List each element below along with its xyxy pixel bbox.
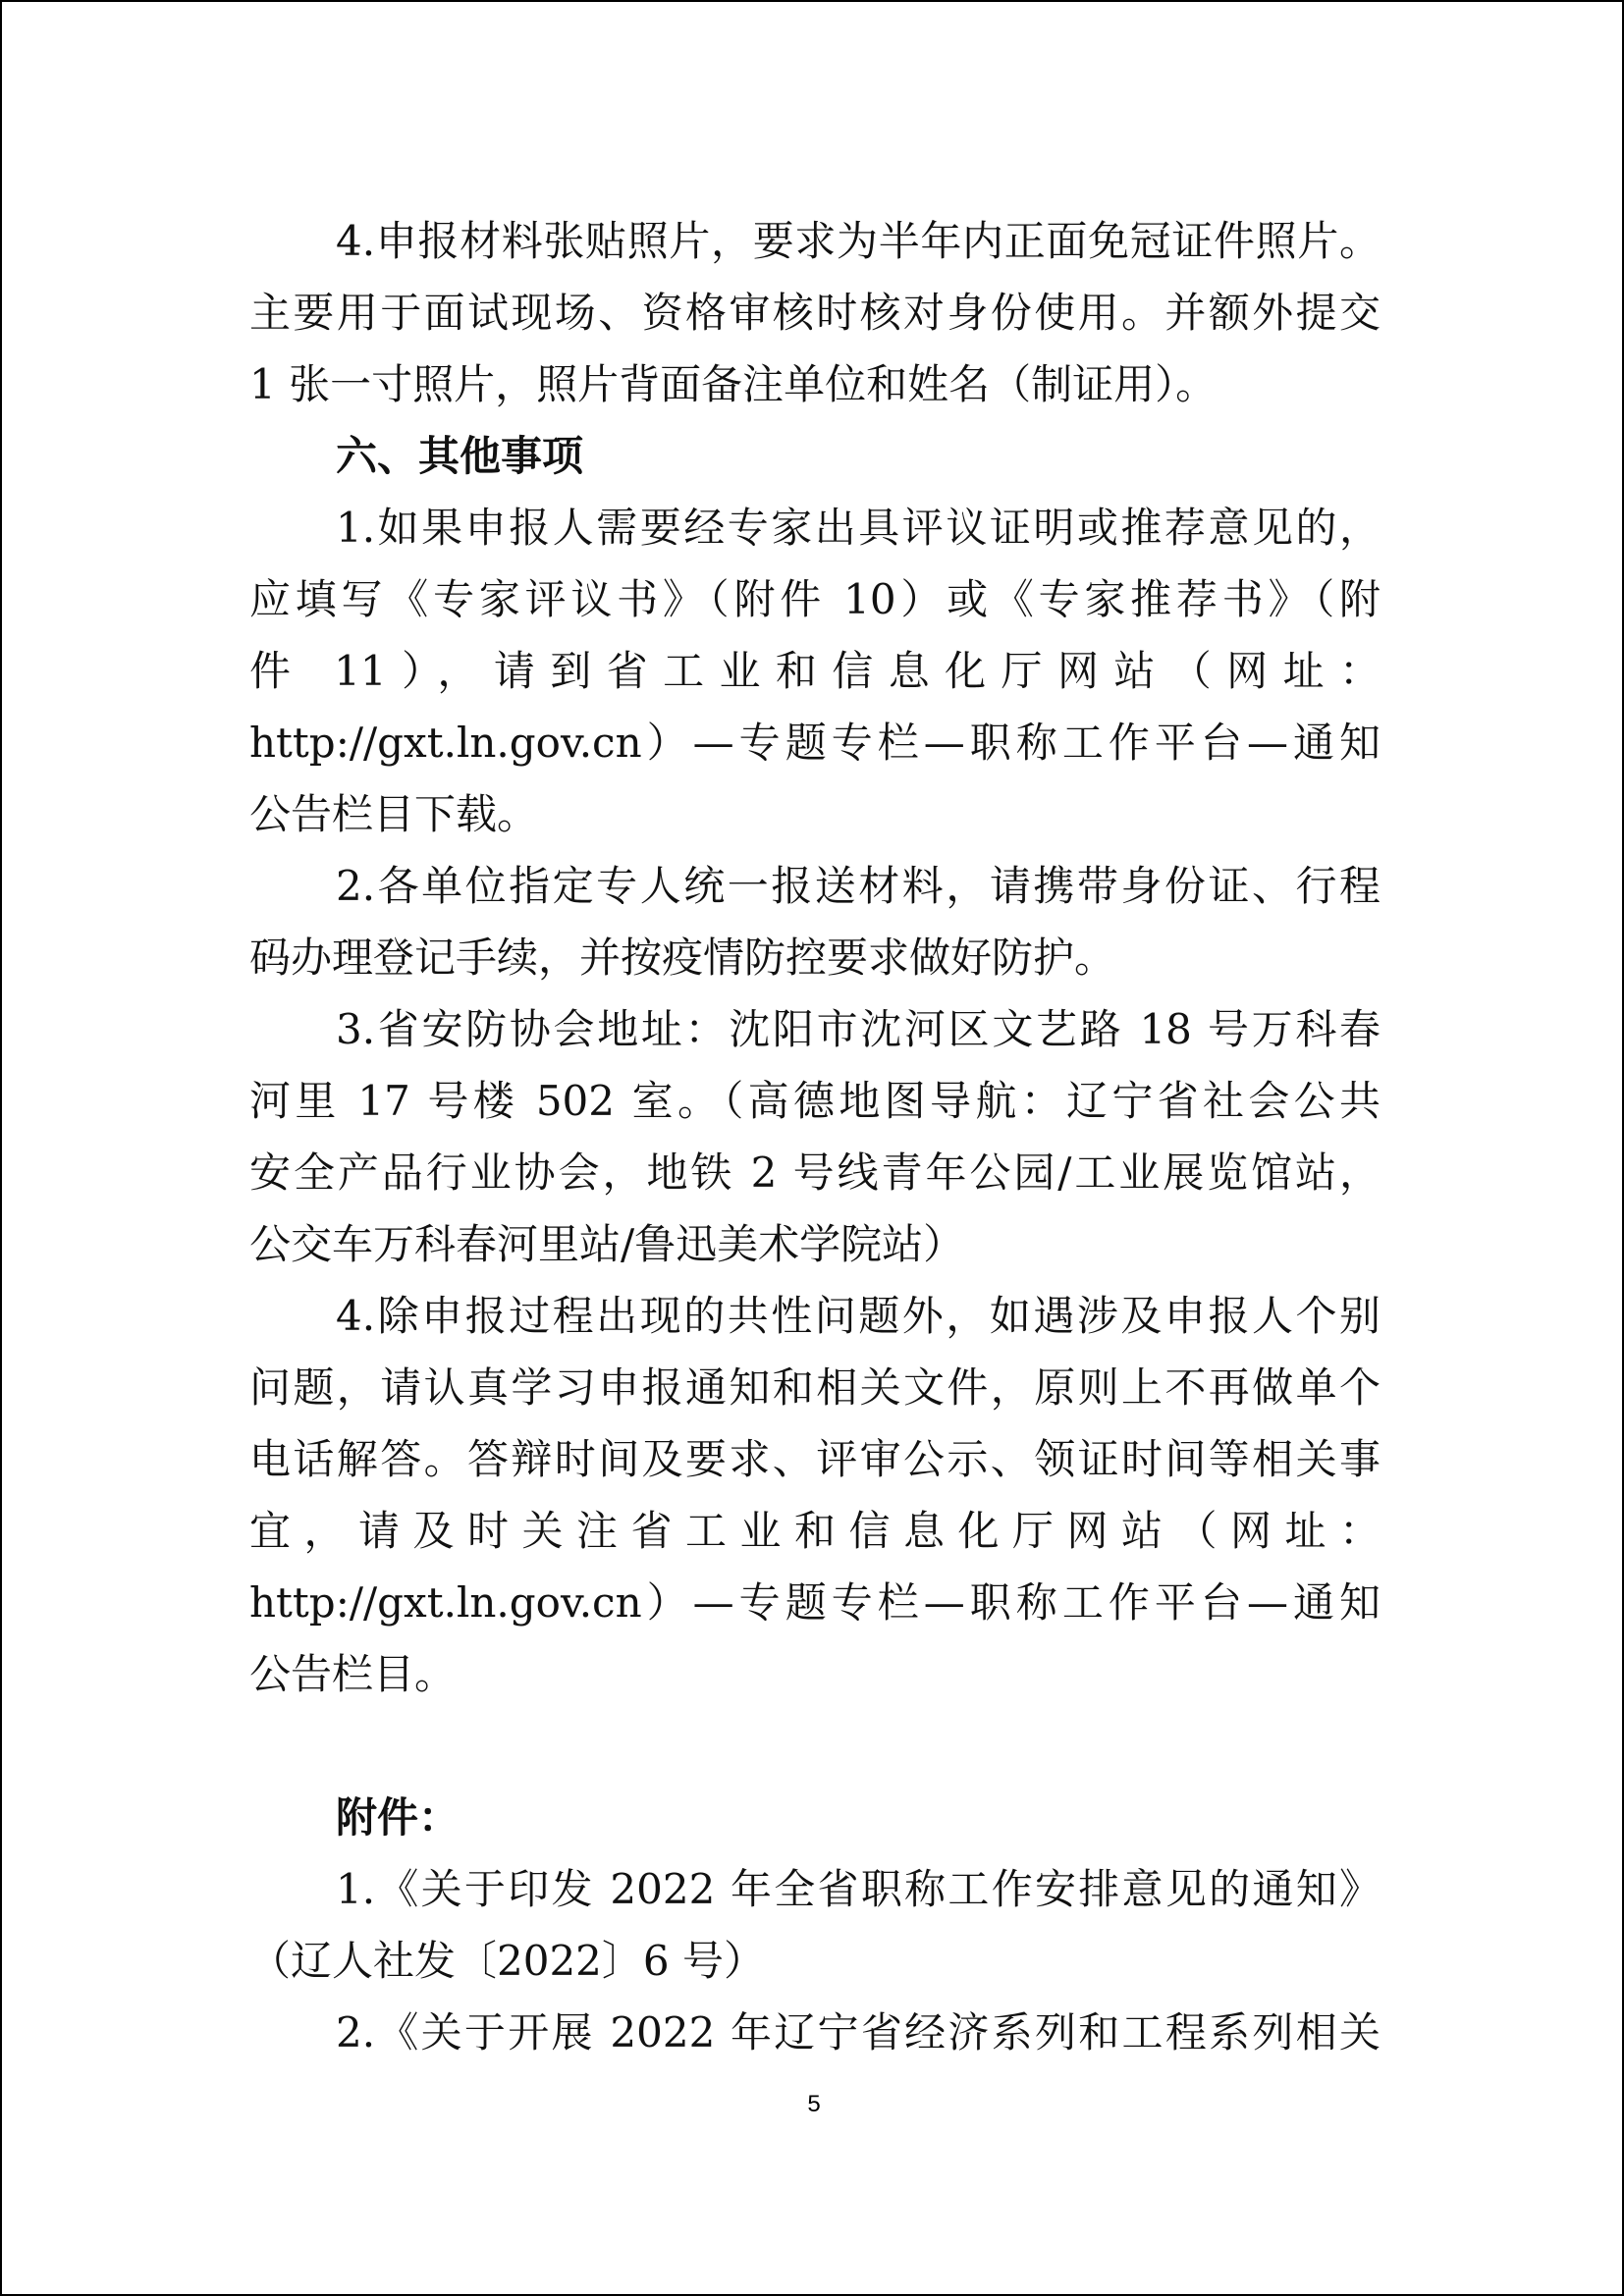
url-text-line: http://gxt.ln.gov.cn）—专题专栏—职称工作平台—通知 — [249, 1567, 1380, 1638]
text-line: 3.省安防协会地址：沈阳市沈河区文艺路 18 号万科春 — [249, 993, 1380, 1065]
text-line: 码办理登记手续，并按疫情防控要求做好防护。 — [249, 922, 1380, 993]
paragraph-address: 3.省安防协会地址：沈阳市沈河区文艺路 18 号万科春 河里 17 号楼 502… — [249, 993, 1380, 1280]
document-body: 4.申报材料张贴照片，要求为半年内正面免冠证件照片。 主要用于面试现场、资格审核… — [249, 205, 1380, 2068]
text-line: 河里 17 号楼 502 室。（高德地图导航：辽宁省社会公共 — [249, 1065, 1380, 1137]
text-line: 问题，请认真学习申报通知和相关文件，原则上不再做单个 — [249, 1352, 1380, 1423]
text-line: 电话解答。答辩时间及要求、评审公示、领证时间等相关事 — [249, 1423, 1380, 1495]
paragraph-submission: 2.各单位指定专人统一报送材料，请携带身份证、行程 码办理登记手续，并按疫情防控… — [249, 850, 1380, 993]
attachments-heading: 附件： — [249, 1782, 1380, 1853]
attachment-item-1: 1.《关于印发 2022 年全省职称工作安排意见的通知》 （辽人社发〔2022〕… — [249, 1853, 1380, 1997]
text-line: 公告栏目。 — [249, 1638, 1380, 1710]
text-line: 件 11），请到省工业和信息化厅网站（网址： — [249, 635, 1380, 707]
text-line: 公交车万科春河里站/鲁迅美术学院站） — [249, 1208, 1380, 1280]
text-line: 4.申报材料张贴照片，要求为半年内正面免冠证件照片。 — [249, 205, 1380, 277]
paragraph-photo-requirements: 4.申报材料张贴照片，要求为半年内正面免冠证件照片。 主要用于面试现场、资格审核… — [249, 205, 1380, 420]
text-line: 1 张一寸照片，照片背面备注单位和姓名（制证用）。 — [249, 348, 1380, 420]
text-line: 安全产品行业协会，地铁 2 号线青年公园/工业展览馆站， — [249, 1137, 1380, 1208]
attachment-item-2: 2.《关于开展 2022 年辽宁省经济系列和工程系列相关 — [249, 1997, 1380, 2068]
section-heading-other-matters: 六、其他事项 — [249, 420, 1380, 492]
text-line: 2.《关于开展 2022 年辽宁省经济系列和工程系列相关 — [249, 1997, 1380, 2068]
text-line: 1.《关于印发 2022 年全省职称工作安排意见的通知》 — [249, 1853, 1380, 1925]
text-line: 应填写《专家评议书》（附件 10）或《专家推荐书》（附 — [249, 563, 1380, 635]
blank-line — [249, 1710, 1380, 1782]
text-line: 1.如果申报人需要经专家出具评议证明或推荐意见的， — [249, 492, 1380, 563]
document-page: 4.申报材料张贴照片，要求为半年内正面免冠证件照片。 主要用于面试现场、资格审核… — [0, 0, 1624, 2296]
text-line: 主要用于面试现场、资格审核时核对身份使用。并额外提交 — [249, 277, 1380, 348]
page-number: 5 — [2, 2091, 1624, 2118]
text-line: 公告栏目下载。 — [249, 778, 1380, 850]
paragraph-expert-opinion: 1.如果申报人需要经专家出具评议证明或推荐意见的， 应填写《专家评议书》（附件 … — [249, 492, 1380, 850]
paragraph-individual-questions: 4.除申报过程出现的共性问题外，如遇涉及申报人个别 问题，请认真学习申报通知和相… — [249, 1280, 1380, 1710]
text-line: 4.除申报过程出现的共性问题外，如遇涉及申报人个别 — [249, 1280, 1380, 1352]
text-line: 2.各单位指定专人统一报送材料，请携带身份证、行程 — [249, 850, 1380, 922]
text-line: 宜，请及时关注省工业和信息化厅网站（网址： — [249, 1495, 1380, 1567]
url-text-line: http://gxt.ln.gov.cn）—专题专栏—职称工作平台—通知 — [249, 707, 1380, 778]
text-line: （辽人社发〔2022〕6 号） — [249, 1925, 1380, 1997]
